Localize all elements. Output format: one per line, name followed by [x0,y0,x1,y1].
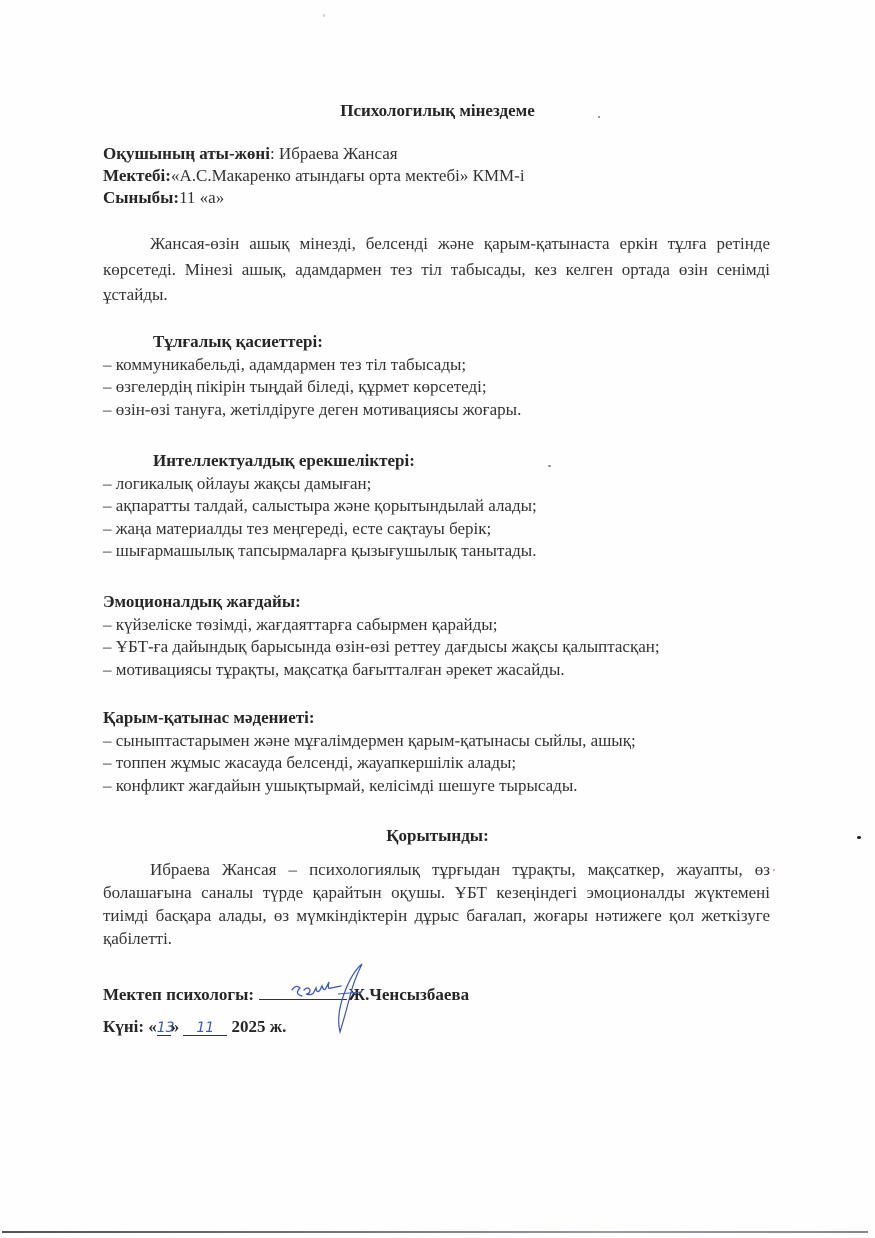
school-label: Мектебі: [103,166,171,185]
list-item: – шығармашылық тапсырмаларға қызығушылық… [103,540,793,563]
list-item: – топпен жұмыс жасауда белсенді, жауапке… [103,752,793,775]
section-heading: Қарым-қатынас мәдениеті: [103,707,793,730]
list-item: – ҰБТ-ға дайындық барысында өзін-өзі рет… [103,636,793,659]
student-name-label: Оқушының аты-жөні [103,144,270,163]
date-close-quote: » [171,1017,180,1036]
scan-speck [773,869,775,871]
list-item: – коммуникабельді, адамдармен тез тіл та… [103,354,793,377]
student-name-value: : Ибраева Жансая [270,144,398,163]
student-name-row: Оқушының аты-жөні: Ибраева Жансая [103,143,525,165]
list-item: – күйзеліске төзімді, жағдаяттарға сабыр… [103,614,793,637]
class-label: Сыныбы: [103,188,179,207]
class-row: Сыныбы:11 «а» [103,187,525,209]
scan-speck [323,14,325,17]
school-row: Мектебі:«А.С.Макаренко атындағы орта мек… [103,165,525,187]
school-value: «А.С.Макаренко атындағы орта мектебі» КМ… [171,166,525,185]
section-heading: Эмоционалдық жағдайы: [103,591,793,614]
document-title: Психологилық мінездеме [0,101,875,121]
date-day: 13 [157,1021,171,1036]
document-page: Психологилық мінездеме Оқушының аты-жөні… [0,0,875,1238]
date-month: 11 [183,1021,227,1036]
section-personal-traits: Тұлғалық қасиеттері: – коммуникабельді, … [103,331,793,421]
scan-speck [548,465,551,467]
conclusion-paragraph: Ибраева Жансая – психологиялық тұрғыдан … [103,858,770,950]
section-emotional-state: Эмоционалдық жағдайы: – күйзеліске төзім… [103,591,793,681]
list-item: – өзін-өзі тануға, жетілдіруге деген мот… [103,399,793,422]
list-item: – конфликт жағдайын ушықтырмай, келісімд… [103,775,793,798]
class-value: 11 «а» [179,188,224,207]
section-intellectual-features: Интеллектуалдық ерекшеліктері: – логикал… [103,450,793,563]
list-item: – логикалық ойлауы жақсы дамыған; [103,473,793,496]
psychologist-label: Мектеп психологы: [103,985,254,1004]
section-heading: Интеллектуалдық ерекшеліктері: [103,450,793,473]
intro-paragraph: Жансая-өзін ашық мінезді, белсенді және … [103,231,770,308]
date-line: Күні: «13»11 2025 ж. [103,1017,286,1037]
date-label: Күні: « [103,1017,157,1036]
list-item: – ақпаратты талдай, салыстыра және қорыт… [103,495,793,518]
date-year: 2025 ж. [227,1017,286,1036]
section-heading: Тұлғалық қасиеттері: [103,331,793,354]
handwritten-signature-icon [284,960,384,1035]
conclusion-title: Қорытынды: [0,826,875,846]
student-info: Оқушының аты-жөні: Ибраева Жансая Мектеб… [103,143,525,209]
scan-speck [598,116,600,118]
scan-speck [857,836,861,839]
list-item: – жаңа материалды тез меңгереді, есте са… [103,518,793,541]
page-bottom-border [2,1231,868,1233]
list-item: – сыныптастарымен және мұғалімдермен қар… [103,730,793,753]
section-communication-culture: Қарым-қатынас мәдениеті: – сыныптастарым… [103,707,793,797]
list-item: – өзгелердің пікірін тыңдай біледі, құрм… [103,376,793,399]
list-item: – мотивациясы тұрақты, мақсатқа бағыттал… [103,659,793,682]
